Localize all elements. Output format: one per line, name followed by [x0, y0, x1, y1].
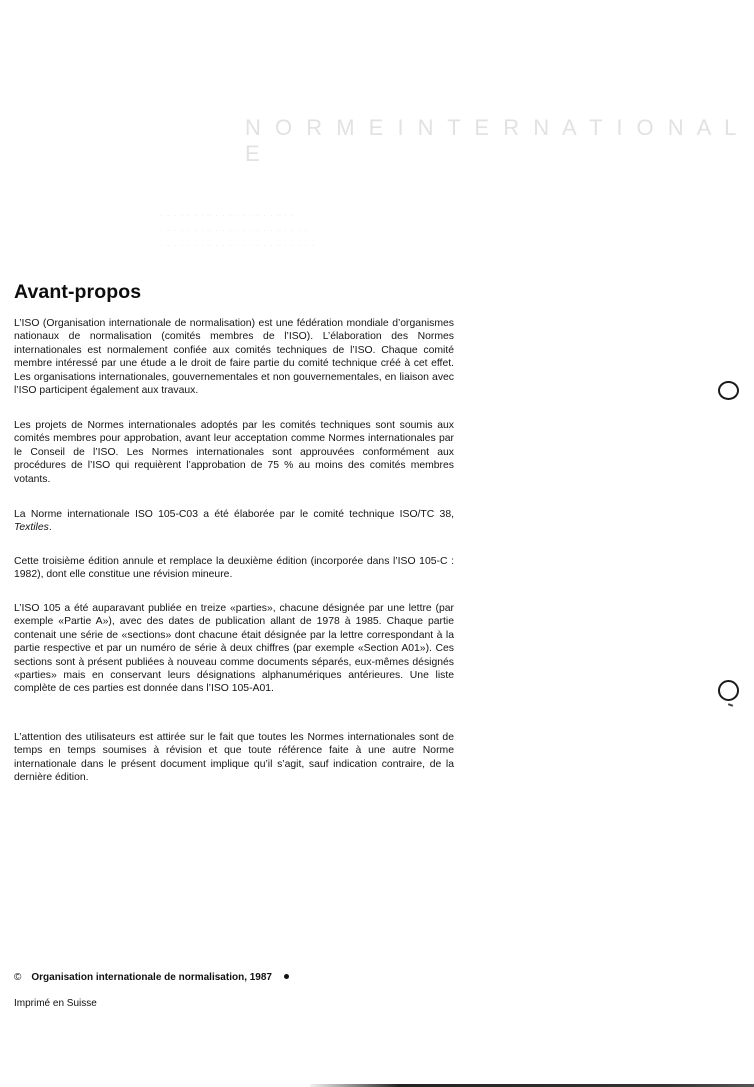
punch-hole-icon: [718, 680, 739, 701]
faded-header-lines: · · · · · · · · · · · · · · · · · · · · …: [160, 208, 315, 253]
paragraph-edition: Cette troisième édition annule et rempla…: [14, 555, 454, 582]
footer-copyright: ©Organisation internationale de normalis…: [14, 972, 289, 983]
faded-header-title: N O R M E I N T E R N A T I O N A L E: [245, 115, 754, 167]
paragraph-committee: La Norme internationale ISO 105-C03 a ét…: [14, 508, 454, 535]
faded-line: · · · · · · · · · · · · · · · · · · · · …: [160, 223, 315, 238]
paragraph-draft-approval: Les projets de Normes internationales ad…: [14, 419, 454, 486]
copyright-text: Organisation internationale de normalisa…: [31, 972, 272, 983]
footer-printed: Imprimé en Suisse: [14, 998, 97, 1009]
scan-mark: [728, 703, 733, 707]
bullet-icon: [284, 974, 289, 979]
paragraph-attention: L’attention des utilisateurs est attirée…: [14, 731, 454, 785]
faded-line: · · · · · · · · · · · · · · · · · · · · …: [160, 238, 315, 253]
punch-hole-icon: [718, 381, 739, 400]
faded-line: · · · · · · · · · · · · · · · · · · · ·: [160, 208, 315, 223]
paragraph-iso-organisation: L’ISO (Organisation internationale de no…: [14, 317, 454, 397]
paragraph-history: L’ISO 105 a été auparavant publiée en tr…: [14, 602, 454, 696]
committee-text: La Norme internationale ISO 105-C03 a ét…: [14, 509, 454, 520]
committee-name: Textiles: [14, 522, 49, 533]
committee-text-end: .: [49, 522, 52, 533]
page-title: Avant-propos: [14, 281, 141, 304]
copyright-icon: ©: [14, 972, 21, 983]
